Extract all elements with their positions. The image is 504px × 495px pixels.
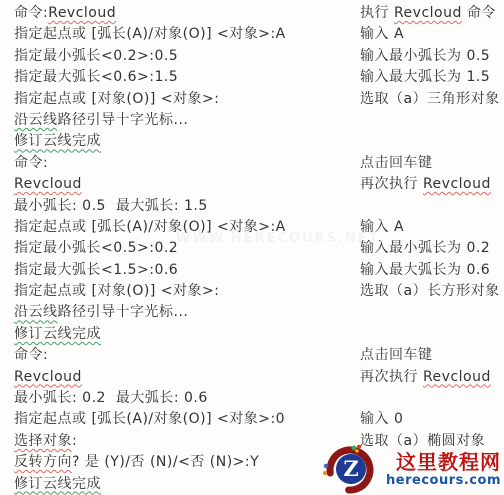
console-left-text: Revcloud <box>0 174 360 195</box>
console-text: 输入最小弧长为 0.5 <box>360 48 490 64</box>
console-left-text: 修订云线完成 <box>0 474 360 495</box>
console-left-text: 修订云线完成 <box>0 131 360 152</box>
console-row: 沿云线路径引导十字光标... <box>0 110 504 131</box>
console-text: 最小弧长: 0.5 最大弧长: 1.5 <box>14 198 208 214</box>
console-row: 最小弧长: 0.5 最大弧长: 1.5 <box>0 196 504 217</box>
console-text: 选取（a）长方形对象 <box>360 283 500 299</box>
console-text: 指定最小弧长<0.2>:0.5 <box>14 48 178 64</box>
console-row: Revcloud再次执行 Revcloud <box>0 174 504 195</box>
console-left-text: Revcloud <box>0 367 360 388</box>
console-right-note: 选取（a）三角形对象 <box>360 89 504 110</box>
console-text: 命令: <box>14 155 48 171</box>
console-right-note: 执行 Revcloud 命令 <box>360 3 504 24</box>
console-left-text: 指定起点或 [弧长(A)/对象(O)] <对象>:0 <box>0 409 360 430</box>
spellcheck-marked-text: 反转方向 <box>14 454 72 470</box>
console-rows: 命令:Revcloud执行 Revcloud 命令指定起点或 [弧长(A)/对象… <box>0 3 504 495</box>
spellcheck-marked-text: Revcloud <box>14 176 82 192</box>
console-row: Revcloud再次执行 Revcloud <box>0 367 504 388</box>
site-url: herecours.com <box>386 473 501 488</box>
console-row: 命令:点击回车键 <box>0 153 504 174</box>
console-left-text: 最小弧长: 0.2 最大弧长: 0.6 <box>0 388 360 409</box>
site-name: 这里教程网 <box>386 451 501 473</box>
console-left-text: 指定起点或 [弧长(A)/对象(O)] <对象>:A <box>0 24 360 45</box>
console-text: 命令 <box>462 5 496 21</box>
console-right-note: 选取（a）长方形对象 <box>360 281 504 302</box>
console-left-text: 命令: <box>0 345 360 366</box>
console-text: 指定起点或 [弧长(A)/对象(O)] <对象>:A <box>14 26 286 42</box>
console-right-note: 再次执行 Revcloud <box>360 367 504 388</box>
console-right-note <box>360 131 504 152</box>
console-left-text: 指定起点或 [对象(O)] <对象>: <box>0 89 360 110</box>
spellcheck-marked-text: 沿云线 <box>14 304 58 320</box>
console-left-text: 反转方向? 是 (Y)/否 (N)/<否 (N)>:Y <box>0 452 360 473</box>
console-right-note: 输入最大弧长为 0.6 <box>360 260 504 281</box>
console-text: 路径引导十字光标... <box>58 112 189 128</box>
spellcheck-marked-text: Revcloud <box>48 5 116 21</box>
console-text: 选取（a）三角形对象 <box>360 91 500 107</box>
console-row: 命令:点击回车键 <box>0 345 504 366</box>
console-text: 点击回车键 <box>360 155 433 171</box>
spellcheck-marked-text: Revcloud <box>394 5 462 21</box>
logo-letter: Z <box>343 456 358 481</box>
spellcheck-marked-text: 选择对象 <box>14 433 72 449</box>
spellcheck-marked-text: 修订云线完成 <box>14 326 101 342</box>
tutorial-page: 命令:Revcloud执行 Revcloud 命令指定起点或 [弧长(A)/对象… <box>0 0 504 495</box>
console-text: 输入 0 <box>360 411 403 427</box>
console-left-text: 修订云线完成 <box>0 324 360 345</box>
console-row: 指定起点或 [弧长(A)/对象(O)] <对象>:0输入 0 <box>0 409 504 430</box>
console-left-text: 指定最大弧长<0.6>:1.5 <box>0 67 360 88</box>
spellcheck-marked-text: Revcloud <box>14 369 82 385</box>
console-left-text: 指定最小弧长<0.2>:0.5 <box>0 46 360 67</box>
console-right-note: 输入 0 <box>360 409 504 430</box>
console-left-text: 沿云线路径引导十字光标... <box>0 110 360 131</box>
console-right-note: 输入 A <box>360 24 504 45</box>
console-row: 指定起点或 [对象(O)] <对象>:选取（a）长方形对象 <box>0 281 504 302</box>
console-left-text: 最小弧长: 0.5 最大弧长: 1.5 <box>0 196 360 217</box>
console-text: 指定起点或 [对象(O)] <对象>: <box>14 91 219 107</box>
spellcheck-marked-text: Revcloud <box>423 176 491 192</box>
logo-text-block: 这里教程网 herecours.com <box>386 451 503 488</box>
console-right-note <box>360 388 504 409</box>
console-text: 指定起点或 [弧长(A)/对象(O)] <对象>:0 <box>14 411 285 427</box>
console-left-text: 指定最大弧长<1.5>:0.6 <box>0 260 360 281</box>
console-right-note: 输入 A <box>360 217 504 238</box>
console-text: 再次执行 <box>360 369 423 385</box>
console-text: 执行 <box>360 5 394 21</box>
console-right-note: 输入最大弧长为 1.5 <box>360 67 504 88</box>
console-right-note: 输入最小弧长为 0.5 <box>360 46 504 67</box>
console-right-note: 点击回车键 <box>360 153 504 174</box>
console-text: 指定最大弧长<1.5>:0.6 <box>14 262 178 278</box>
spellcheck-marked-text: Revcloud <box>423 369 491 385</box>
console-right-note <box>360 302 504 323</box>
logo-emblem-icon: Z <box>321 444 381 494</box>
console-text: 输入最大弧长为 0.6 <box>360 262 490 278</box>
console-row: 沿云线路径引导十字光标... <box>0 302 504 323</box>
console-row: 指定起点或 [弧长(A)/对象(O)] <对象>:A输入 A <box>0 24 504 45</box>
console-text: 指定最小弧长<0.5>:0.2 <box>14 240 178 256</box>
console-left-text: 选择对象: <box>0 431 360 452</box>
watermark-text: WWW.HERECOURS.NET <box>176 231 380 246</box>
console-text: 指定最大弧长<0.6>:1.5 <box>14 69 178 85</box>
console-text: 最小弧长: 0.2 最大弧长: 0.6 <box>14 390 208 406</box>
site-logo[interactable]: Z 这里教程网 herecours.com <box>321 444 503 494</box>
spellcheck-marked-text: 修订云线完成 <box>14 476 101 492</box>
spellcheck-marked-text: 沿云线 <box>14 112 58 128</box>
console-text: 点击回车键 <box>360 347 433 363</box>
console-row: 指定最小弧长<0.2>:0.5输入最小弧长为 0.5 <box>0 46 504 67</box>
console-text: ? 是 (Y)/否 (N)/<否 (N)>:Y <box>72 454 259 470</box>
console-right-note <box>360 324 504 345</box>
console-text: 路径引导十字光标... <box>58 304 189 320</box>
console-right-note: 点击回车键 <box>360 345 504 366</box>
console-left-text: 指定起点或 [对象(O)] <对象>: <box>0 281 360 302</box>
console-row: 最小弧长: 0.2 最大弧长: 0.6 <box>0 388 504 409</box>
console-text: 命令: <box>14 5 48 21</box>
console-text: 再次执行 <box>360 176 423 192</box>
console-right-note <box>360 110 504 131</box>
console-left-text: 命令: <box>0 153 360 174</box>
spellcheck-marked-text: 修订云线完成 <box>14 133 101 149</box>
console-row: 修订云线完成 <box>0 131 504 152</box>
console-text: : <box>72 433 77 449</box>
console-row: 修订云线完成 <box>0 324 504 345</box>
console-text: 输入 A <box>360 26 404 42</box>
console-row: 指定起点或 [对象(O)] <对象>:选取（a）三角形对象 <box>0 89 504 110</box>
console-right-note: 输入最小弧长为 0.2 <box>360 238 504 259</box>
console-left-text: 命令:Revcloud <box>0 3 360 24</box>
console-text: 指定起点或 [对象(O)] <对象>: <box>14 283 219 299</box>
console-row: 指定最大弧长<0.6>:1.5输入最大弧长为 1.5 <box>0 67 504 88</box>
console-row: 指定最大弧长<1.5>:0.6输入最大弧长为 0.6 <box>0 260 504 281</box>
console-left-text: 沿云线路径引导十字光标... <box>0 302 360 323</box>
console-right-note <box>360 196 504 217</box>
console-right-note: 再次执行 Revcloud <box>360 174 504 195</box>
console-text: 输入最大弧长为 1.5 <box>360 69 490 85</box>
console-text: 命令: <box>14 347 48 363</box>
console-row: 命令:Revcloud执行 Revcloud 命令 <box>0 3 504 24</box>
